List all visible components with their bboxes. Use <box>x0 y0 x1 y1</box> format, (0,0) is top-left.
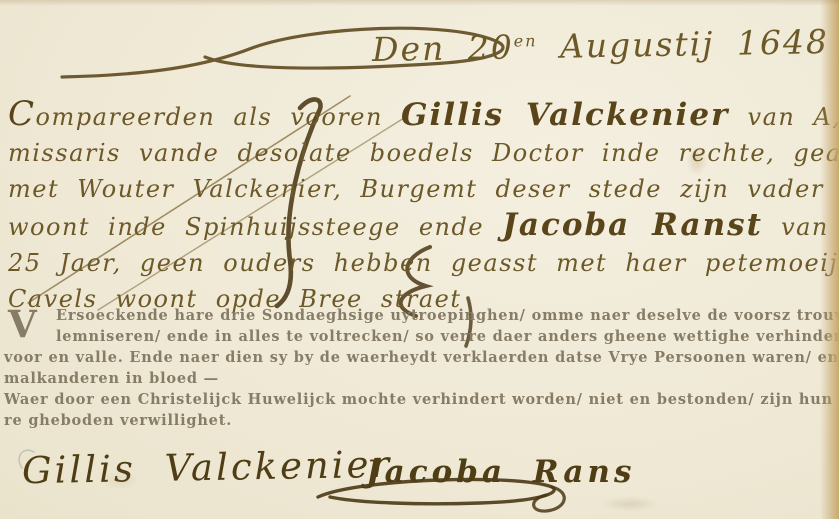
entry-line-3: met Wouter Valckenier, Burgemt deser ste… <box>8 171 839 207</box>
paper-smudge-2 <box>600 496 660 512</box>
entry-line-4: woont inde Spinhuijssteege ende Jacoba R… <box>8 207 839 245</box>
date-heading: Den 20en Augustij 1648 <box>372 22 830 69</box>
formula-line-4: malkanderen in bloed — <box>4 368 839 389</box>
page-top-shadow <box>0 0 839 6</box>
formula-line-1: Ersoeckende hare drie Sondaeghsige uytro… <box>56 305 839 326</box>
manuscript-page: { "page": { "description_colors": { "pap… <box>0 0 839 519</box>
groom-signature: Gillis Valckenier <box>22 443 393 492</box>
entry-line-1-text: ompareerden als vooren <box>36 103 402 131</box>
entry-line-2: missaris vande desolate boedels Doctor i… <box>8 135 839 171</box>
decorated-initial: C <box>8 94 36 134</box>
formula-line-5: Waer door een Christelijck Huwelijck moc… <box>4 389 839 410</box>
signature-flourish-curl <box>534 487 565 511</box>
date-heading-prefix: Den 20 <box>372 28 514 69</box>
groom-name: Gillis Valckenier <box>401 97 729 133</box>
formula-line-6: re gheboden verwillighet. <box>4 410 839 431</box>
printed-formula-block: V Ersoeckende hare drie Sondaeghsige uyt… <box>4 305 839 431</box>
bride-name: Jacoba Ranst <box>502 207 763 243</box>
drop-cap-initial: V <box>8 306 37 343</box>
scanned-register-page: Den 20en Augustij 1648 Compareerden als … <box>0 0 839 519</box>
formula-line-3: voor en valle. Ende naer dien sy by de w… <box>4 347 839 368</box>
handwritten-entry: Compareerden als vooren Gillis Valckenie… <box>8 96 839 317</box>
date-heading-suffix: Augustij 1648 <box>537 22 829 66</box>
date-heading-superscript: en <box>513 31 537 50</box>
formula-line-2: lemniseren/ ende in alles te voltrecken/… <box>56 326 839 347</box>
bride-signature: Jacoba Rans <box>366 454 635 490</box>
entry-line-5: 25 Jaer, geen ouders hebben geasst met h… <box>8 245 839 281</box>
page-edge-shadow <box>820 0 839 519</box>
entry-line-4-text: woont inde Spinhuijssteege ende <box>8 213 502 241</box>
entry-line-1: Compareerden als vooren Gillis Valckenie… <box>8 96 839 135</box>
